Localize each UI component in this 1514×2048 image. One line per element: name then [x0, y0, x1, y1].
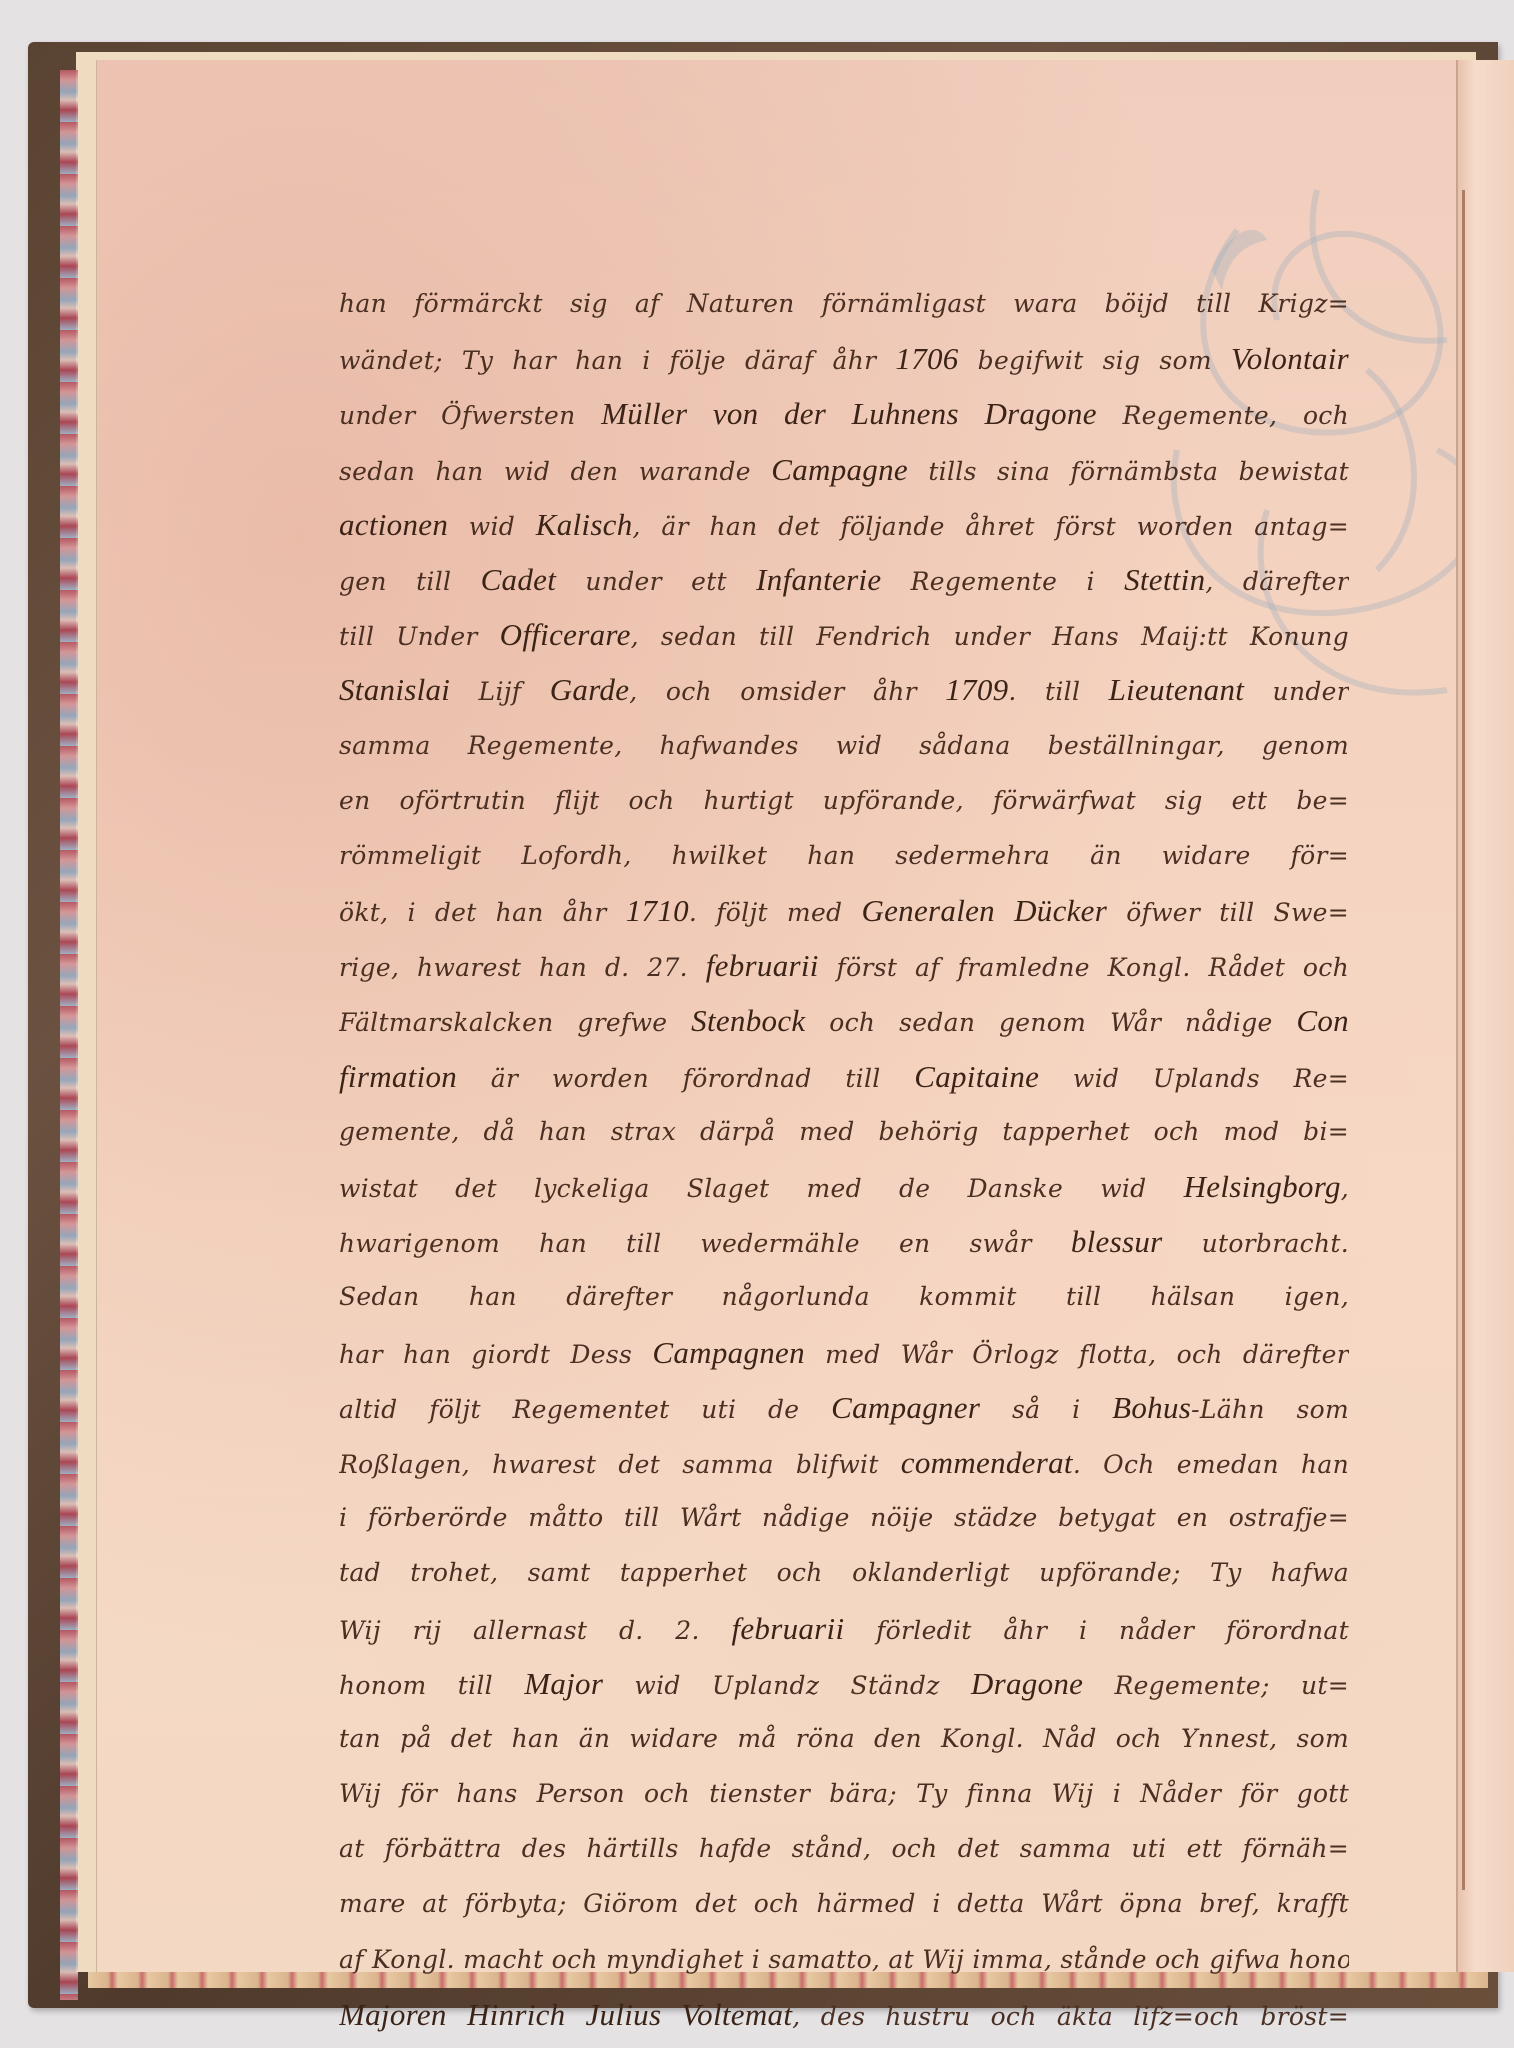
latin-term: firmation [339, 1059, 457, 1094]
latin-term: Helsingborg [1184, 1169, 1341, 1204]
text-line: honom till Major wid Uplandz Ständz Drag… [339, 1656, 1349, 1711]
text-line: under Öfwersten Müller von der Luhnens D… [339, 386, 1349, 441]
text-line: mare at förbyta; Giörom det och härmed i… [339, 1876, 1349, 1931]
latin-term: Dücker [1014, 893, 1107, 928]
text-line: Wij för hans Person och tienster bära; T… [339, 1766, 1349, 1821]
latin-term: Müller von der Luhnens [601, 396, 959, 431]
latin-term: Generalen [861, 893, 995, 928]
latin-term: Dragone [971, 1666, 1083, 1701]
text-line: sedan han wid den warande Campagne tills… [339, 442, 1349, 497]
text-line: Stanislai Lijf Garde, och omsider åhr 17… [339, 662, 1349, 717]
text-line: Roßlagen, hwarest det samma blifwit comm… [339, 1435, 1349, 1490]
latin-term: Hinrich Julius Voltemat [467, 1997, 792, 2032]
latin-term: Bohus [1112, 1390, 1191, 1425]
text-line: har han giordt Dess Campagnen med Wår Ör… [339, 1325, 1349, 1380]
text-line: af Kongl. macht och myndighet i samatto,… [339, 1932, 1349, 1987]
text-line: wändet; Ty har han i följe däraf åhr 170… [339, 331, 1349, 386]
latin-term: februarii [731, 1611, 844, 1646]
latin-term: 1706 [895, 341, 958, 376]
latin-term: 1710 [626, 893, 689, 928]
text-line: Fältmarskalcken grefwe Stenbock och seda… [339, 993, 1349, 1048]
latin-term: Stanislai [339, 672, 450, 707]
latin-term: Major [524, 1666, 603, 1701]
text-line: tan på det han än widare må röna den Kon… [339, 1711, 1349, 1766]
latin-term: Infanterie [756, 562, 881, 597]
manuscript-page: han förmärckt sig af Naturen förnämligas… [96, 60, 1457, 1972]
text-line: hwarigenom han till wedermähle en swår b… [339, 1214, 1349, 1269]
text-line: rige, hwarest han d. 27. februarii först… [339, 938, 1349, 993]
text-line: altid följt Regementet uti de Campagner … [339, 1380, 1349, 1435]
latin-term: Officerare [500, 617, 631, 652]
latin-term: commenderat [901, 1445, 1073, 1480]
text-line: Sedan han därefter någorlunda kommit til… [339, 1269, 1349, 1324]
binding-gutter [1462, 190, 1465, 1890]
text-line: samma Regemente, hafwandes wid sådana be… [339, 718, 1349, 773]
latin-term: Stettin [1124, 562, 1205, 597]
latin-term: Volontair [1231, 341, 1349, 376]
handwritten-text-block: han förmärckt sig af Naturen förnämligas… [339, 276, 1349, 2042]
text-line: ökt, i det han åhr 1710. följt med Gener… [339, 883, 1349, 938]
latin-term: Dragone [984, 396, 1096, 431]
text-line: till Under Officerare, sedan till Fendri… [339, 607, 1349, 662]
text-line: gemente, då han strax därpå med behörig … [339, 1104, 1349, 1159]
latin-term: februarii [706, 948, 819, 983]
text-line: Majoren Hinrich Julius Voltemat, des hus… [339, 1987, 1349, 2042]
text-line: tad trohet, samt tapperhet och oklanderl… [339, 1545, 1349, 1600]
latin-term: Kalisch [536, 507, 633, 542]
latin-term: Con [1296, 1003, 1349, 1038]
text-line: firmation är worden förordnad till Capit… [339, 1049, 1349, 1104]
latin-term: Campagner [831, 1390, 980, 1425]
latin-term: Campagnen [652, 1335, 805, 1370]
text-line: han förmärckt sig af Naturen förnämligas… [339, 276, 1349, 331]
latin-term: Stenbock [691, 1003, 805, 1038]
latin-term: Cadet [481, 562, 557, 597]
text-line: römmeligit Lofordh, hwilket han sedermeh… [339, 828, 1349, 883]
latin-term: 1709 [945, 672, 1008, 707]
latin-term: blessur [1071, 1224, 1163, 1259]
latin-term: Capitaine [914, 1059, 1039, 1094]
text-line: Wij rij allernast d. 2. februarii förled… [339, 1601, 1349, 1656]
latin-term: Garde [550, 672, 630, 707]
text-line: en oförtrutin flijt och hurtigt upförand… [339, 773, 1349, 828]
latin-term: Lieutenant [1109, 672, 1245, 707]
latin-term: actionen [339, 507, 448, 542]
text-line: gen till Cadet under ett Infanterie Rege… [339, 552, 1349, 607]
text-line: actionen wid Kalisch, är han det följand… [339, 497, 1349, 552]
text-line: at förbättra des härtills hafde stånd, o… [339, 1821, 1349, 1876]
text-line: wistat det lyckeliga Slaget med de Dansk… [339, 1159, 1349, 1214]
latin-term: Campagne [771, 452, 908, 487]
marbled-page-edge [60, 70, 78, 2000]
latin-term: Majoren [339, 1997, 447, 2032]
text-line: i förberörde måtto till Wårt nådige nöij… [339, 1490, 1349, 1545]
